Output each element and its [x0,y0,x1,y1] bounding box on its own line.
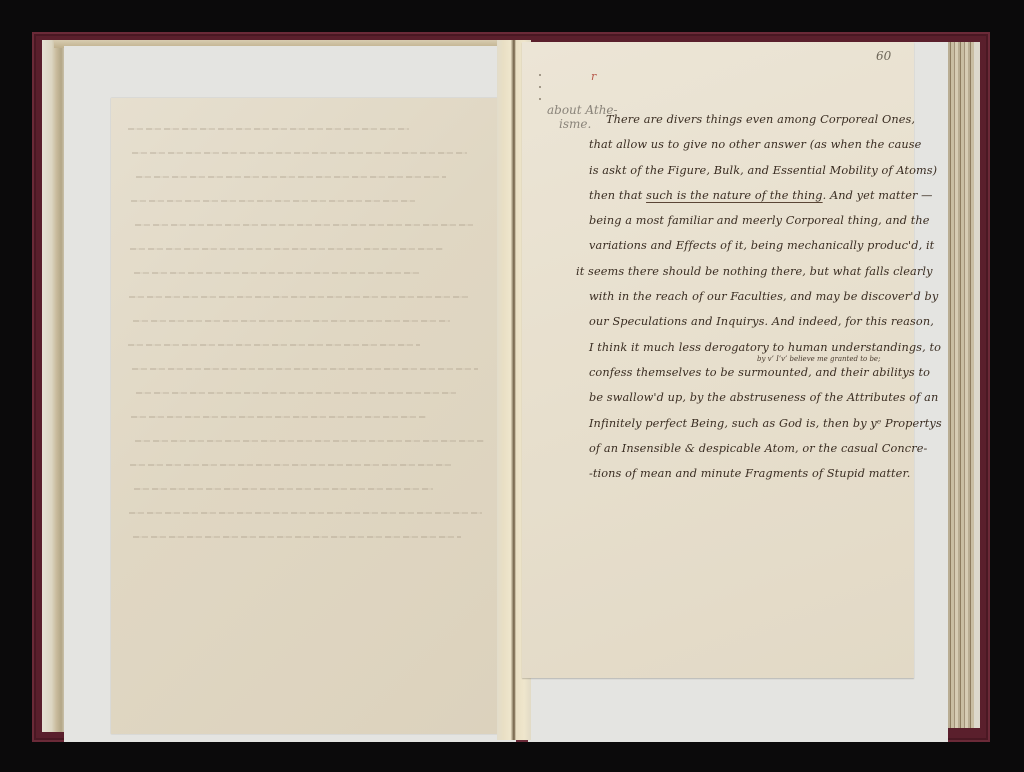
text-line: be swallow'd up, by the abstruseness of … [589,385,922,410]
folio-number: 60 [876,49,891,63]
text-segment: . And yet matter — [823,189,933,202]
bleed-through-line [134,488,433,490]
bleed-through-line [128,344,420,346]
text-line: our Speculations and Inquirys. And indee… [589,309,922,334]
bleed-through-line [129,512,482,514]
bleed-through-line [136,392,456,394]
bleed-through-line [130,464,454,466]
bleed-through-line [135,224,473,226]
bleed-through-line [135,440,484,442]
text-line: There are divers things even among Corpo… [606,107,922,132]
text-line: is askt of the Figure, Bulk, and Essenti… [589,158,922,183]
red-ink-mark: r [591,70,596,83]
bleed-through-line [131,416,426,418]
text-line: -tions of mean and minute Fragments of S… [589,461,922,486]
text-line: then that such is the nature of the thin… [589,183,922,208]
bleed-through-line [134,272,422,274]
left-bleed-through-text [128,128,488,608]
text-line: it seems there should be nothing there, … [576,259,922,284]
bleed-through-line [129,296,471,298]
text-line: of an Insensible & despicable Atom, or t… [589,436,922,461]
bleed-through-line [133,536,461,538]
left-text-block-edge [42,40,66,732]
bleed-through-line [132,368,478,370]
bleed-through-line [131,200,415,202]
text-line: being a most familiar and meerly Corpore… [589,208,922,233]
text-segment: then that [589,189,646,202]
text-line: confess themselves to be surmounted, and… [589,360,922,385]
bleed-through-line [133,320,450,322]
manuscript-text: There are divers things even among Corpo… [606,107,922,486]
underlined-phrase: such is the nature of the thing [646,189,823,202]
text-line: that allow us to give no other answer (a… [589,132,922,157]
bleed-through-line [130,248,443,250]
bleed-through-line [132,152,467,154]
margin-pinholes [539,74,543,120]
right-edge-cap [974,42,980,728]
text-line: with in the reach of our Faculties, and … [589,284,922,309]
bleed-through-line [128,128,409,130]
bleed-through-line [136,176,446,178]
text-line: Infinitely perfect Being, such as God is… [589,411,922,436]
text-line: variations and Effects of it, being mech… [589,233,922,258]
interlinear-insertion: by v’ I’v’ believe me granted to be; [757,355,880,363]
